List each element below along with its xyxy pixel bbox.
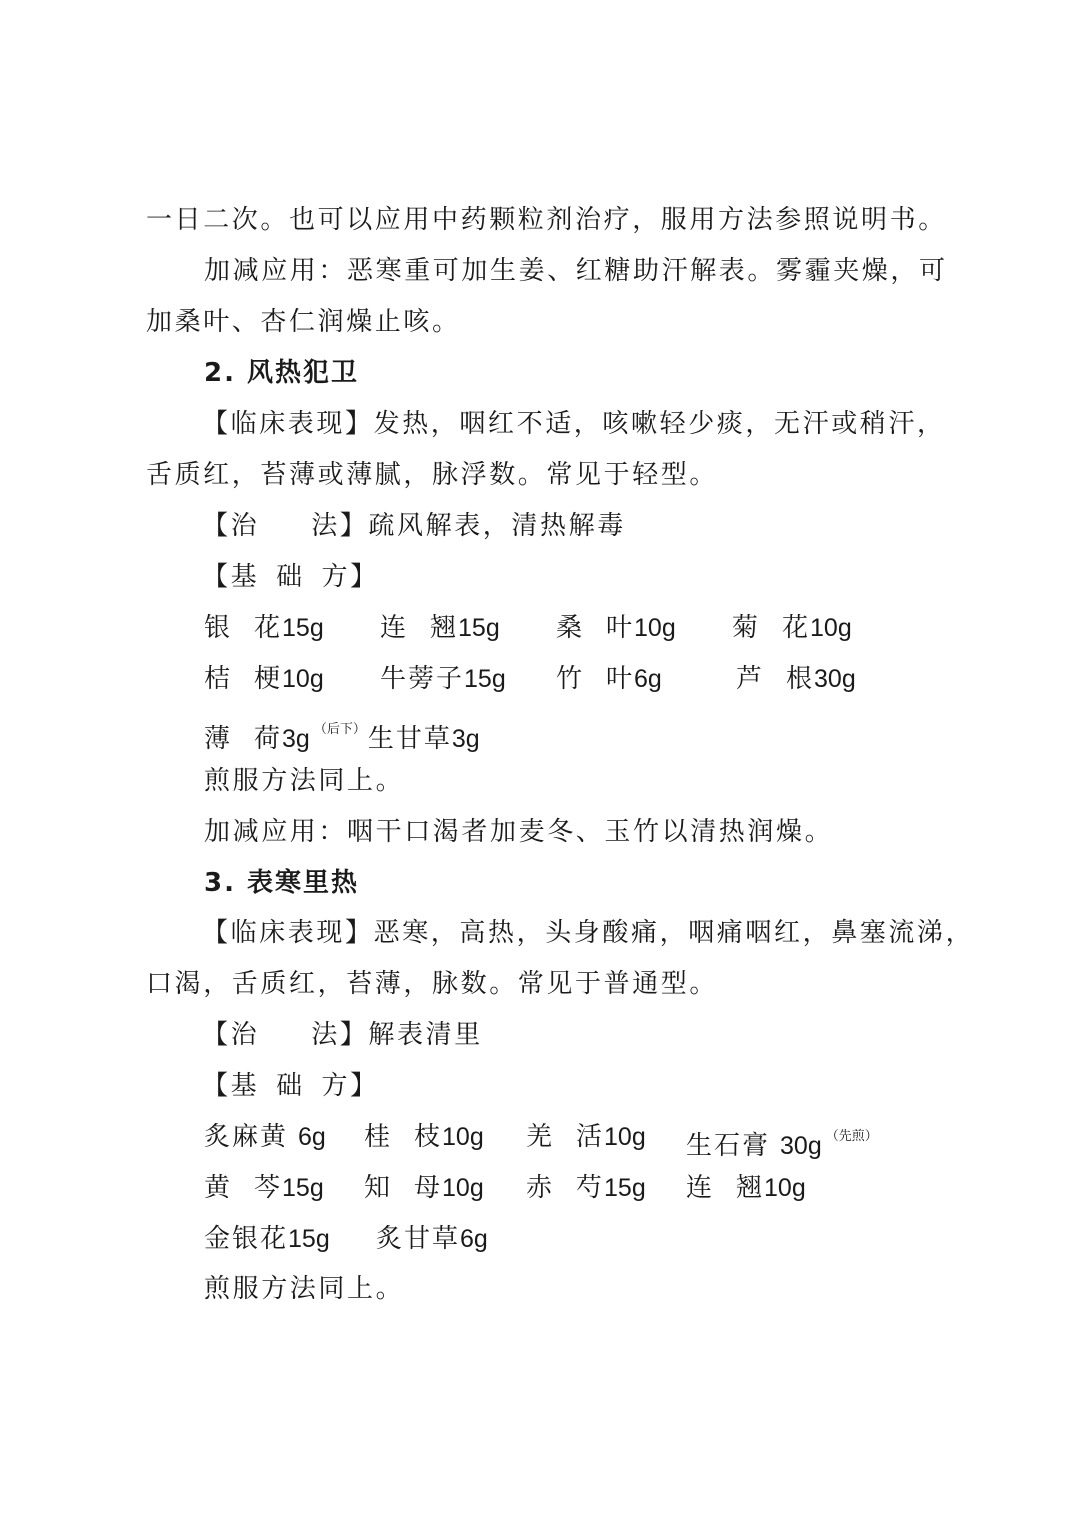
herb-item: 羌活10g bbox=[526, 1120, 646, 1154]
method-label-open: 【治 bbox=[202, 511, 259, 541]
herb-item: 连翘15g bbox=[380, 611, 500, 645]
clinical-manifestation-line: 【临床表现】发热，咽红不适，咳嗽轻少痰，无汗或稍汗， bbox=[202, 407, 946, 441]
base-formula-label: 【基 础 方】 bbox=[202, 560, 379, 594]
herb-item: 炙甘草6g bbox=[376, 1222, 488, 1256]
clinical-label: 【临床表现】 bbox=[202, 918, 374, 948]
herb-note: （先煎） bbox=[826, 1129, 878, 1144]
clinical-text: 恶寒，高热，头身酸痛，咽痛咽红，鼻塞流涕， bbox=[374, 918, 975, 948]
herb-item: 赤芍15g bbox=[526, 1171, 646, 1205]
clinical-manifestation-line: 【临床表现】恶寒，高热，头身酸痛，咽痛咽红，鼻塞流涕， bbox=[202, 916, 974, 950]
document-page: 一日二次。也可以应用中药颗粒剂治疗，服用方法参照说明书。 加减应用：恶寒重可加生… bbox=[0, 0, 1080, 1527]
herb-item: 桔梗10g bbox=[204, 662, 324, 696]
herb-item: 芦根30g bbox=[736, 662, 856, 696]
method-label-close: 法】 bbox=[311, 1020, 368, 1050]
herb-item: 银花15g bbox=[204, 611, 324, 645]
treatment-method-line: 【治法】疏风解表，清热解毒 bbox=[202, 509, 626, 543]
clinical-manifestation-cont: 口渴，舌质红，苔薄，脉数。常见于普通型。 bbox=[146, 967, 718, 1001]
herb-item: 知母10g bbox=[364, 1171, 484, 1205]
paragraph-modification-1-cont: 加桑叶、杏仁润燥止咳。 bbox=[146, 305, 461, 339]
herb-item: 连翘10g bbox=[686, 1171, 806, 1205]
herb-item: 牛蒡子15g bbox=[380, 662, 506, 696]
section-heading-exterior-cold-interior-heat: 3. 表寒里热 bbox=[204, 866, 359, 900]
treatment-method-line: 【治法】解表清里 bbox=[202, 1018, 483, 1052]
herb-item: 桑叶10g bbox=[556, 611, 676, 645]
herb-item: 生石膏30g（先煎） bbox=[686, 1120, 880, 1163]
paragraph-dosage: 一日二次。也可以应用中药颗粒剂治疗，服用方法参照说明书。 bbox=[146, 203, 947, 237]
decoction-note: 煎服方法同上。 bbox=[204, 1272, 404, 1306]
clinical-label: 【临床表现】 bbox=[202, 409, 374, 439]
herb-item: 菊花10g bbox=[732, 611, 852, 645]
modification-note: 加减应用：咽干口渴者加麦冬、玉竹以清热润燥。 bbox=[204, 815, 833, 849]
method-text: 解表清里 bbox=[368, 1020, 482, 1050]
herb-item: 薄荷3g（后下）生甘草3g bbox=[204, 713, 480, 756]
method-label-close: 法】 bbox=[311, 511, 368, 541]
herb-item: 金银花15g bbox=[204, 1222, 330, 1256]
clinical-manifestation-cont: 舌质红，苔薄或薄腻，脉浮数。常见于轻型。 bbox=[146, 458, 718, 492]
clinical-text: 发热，咽红不适，咳嗽轻少痰，无汗或稍汗， bbox=[374, 409, 946, 439]
herb-item: 竹叶6g bbox=[556, 662, 662, 696]
base-formula-label: 【基 础 方】 bbox=[202, 1069, 379, 1103]
herb-note: （后下） bbox=[314, 722, 366, 737]
section-heading-wind-heat: 2. 风热犯卫 bbox=[204, 356, 359, 390]
paragraph-modification-1: 加减应用：恶寒重可加生姜、红糖助汗解表。雾霾夹燥，可 bbox=[204, 254, 948, 288]
decoction-note: 煎服方法同上。 bbox=[204, 764, 404, 798]
method-text: 疏风解表，清热解毒 bbox=[368, 511, 625, 541]
herb-item: 黄芩15g bbox=[204, 1171, 324, 1205]
herb-item: 桂枝10g bbox=[364, 1120, 484, 1154]
herb-item: 炙麻黄6g bbox=[204, 1120, 326, 1154]
method-label-open: 【治 bbox=[202, 1020, 259, 1050]
